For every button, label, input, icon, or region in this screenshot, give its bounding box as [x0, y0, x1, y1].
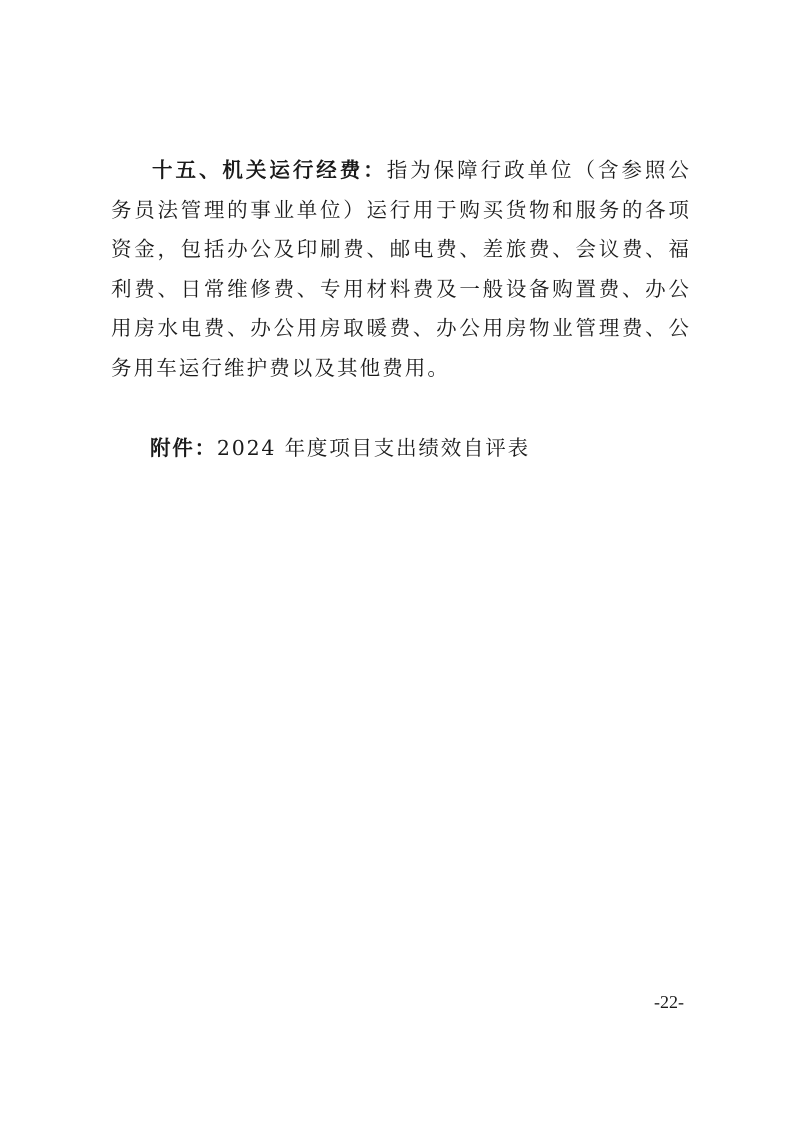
- section-body: 指为保障行政单位（含参照公务员法管理的事业单位）运行用于购买货物和服务的各项资金…: [111, 158, 691, 380]
- page-number: -22-: [654, 990, 684, 1014]
- attachment-text: 2024 年度项目支出绩效自评表: [217, 436, 530, 460]
- section-heading-colon: ：: [363, 158, 386, 182]
- section-heading: 十五、机关运行经费: [152, 158, 363, 182]
- document-page: 十五、机关运行经费：指为保障行政单位（含参照公务员法管理的事业单位）运行用于购买…: [0, 0, 793, 1122]
- attachment-label: 附件：: [150, 436, 217, 460]
- section-paragraph: 十五、机关运行经费：指为保障行政单位（含参照公务员法管理的事业单位）运行用于购买…: [111, 151, 691, 388]
- attachment-line: 附件：2024 年度项目支出绩效自评表: [150, 433, 530, 463]
